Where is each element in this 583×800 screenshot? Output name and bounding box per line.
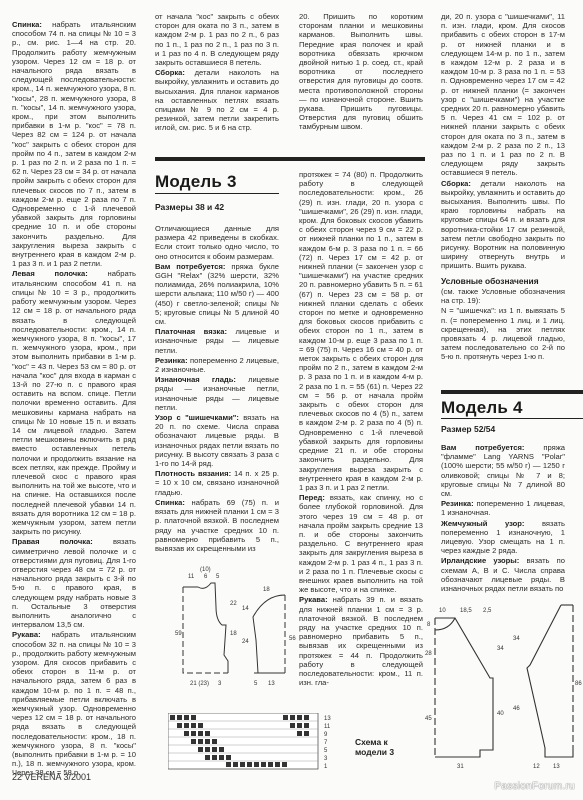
paragraph-left-front: Левая полочка: набрать итальянским спосо…: [12, 269, 136, 536]
svg-text:28: 28: [425, 651, 432, 657]
title-underline: [441, 418, 583, 419]
paragraph: ди, 20 п. узора с "шишечками", 11 п. изн…: [441, 12, 565, 178]
svg-text:34: 34: [497, 646, 504, 652]
model-3-sizes: Размеры 38 и 42: [155, 202, 224, 212]
paragraph: Спинка: набрать 69 (75) п. и вязать для …: [155, 498, 279, 553]
column-3-bottom: протяжек = 74 (80) п. Продолжить работу …: [299, 170, 423, 688]
svg-text:8: 8: [427, 622, 431, 628]
svg-text:45: 45: [425, 716, 432, 722]
model-3-schematic: (10) 11 6 5 59 22 18 21 (23) 3 18 14 24 …: [150, 565, 300, 700]
column-3-top: 20. Пришить по коротким сторонам планки …: [299, 12, 423, 133]
paragraph-front: Перед: вязать, как спинку, но с более гл…: [299, 493, 423, 594]
svg-text:1: 1: [324, 764, 328, 770]
section-divider: [441, 390, 583, 394]
svg-text:3: 3: [324, 756, 328, 762]
svg-text:7: 7: [324, 740, 328, 746]
schema-caption: Схема к модели 3: [355, 737, 415, 757]
legend-item: N = "шишечка": из 1 п. вывязать 5 п. (= …: [441, 306, 565, 361]
bobble-pattern-chart: 13 11 9 7 5 3 1: [168, 713, 358, 773]
column-1: Спинка: набрать итальянским способом 74 …: [12, 20, 136, 779]
paragraph: 20. Пришить по коротким сторонам планки …: [299, 12, 423, 132]
paragraph: протяжек = 74 (80) п. Продолжить работу …: [299, 170, 423, 492]
column-4-top: ди, 20 п. узора с "шишечками", 11 п. изн…: [441, 12, 565, 363]
paragraph: Вам потребуется: пряжа букле GGH "Relax"…: [155, 262, 279, 326]
paragraph: Резинка: попеременно 2 лицевые, 2 изнано…: [155, 356, 279, 374]
svg-text:59: 59: [175, 631, 182, 637]
svg-text:22: 22: [230, 601, 237, 607]
svg-text:6: 6: [204, 574, 208, 580]
svg-text:56: 56: [289, 636, 296, 642]
svg-text:2,5: 2,5: [483, 608, 492, 614]
svg-text:46: 46: [513, 706, 520, 712]
paragraph-right-front: Правая полочка: вязать симметрично левой…: [12, 537, 136, 629]
model-4-column: Вам потребуется: пряжа "фламме" Lang YAR…: [441, 443, 565, 594]
paragraph: Узор с "шишечками": вязать на 20 п. по с…: [155, 413, 279, 468]
paragraph: Жемчужный узор: вязать попеременно 1 изн…: [441, 519, 565, 556]
column-2-top: от начала "кос" закрыть с обеих сторон д…: [155, 12, 279, 134]
paragraph: Плотность вязания: 14 п. х 25 р. = 10 х …: [155, 469, 279, 497]
model-3-title: Модель 3: [155, 172, 237, 192]
svg-text:31: 31: [457, 764, 464, 770]
model-4-title: Модель 4: [441, 398, 523, 418]
legend-title: Условные обозначения: [441, 277, 565, 286]
svg-text:11: 11: [324, 724, 331, 730]
svg-text:11: 11: [188, 574, 195, 580]
page-folio: 22 VERENA 3/2001: [12, 772, 91, 782]
model-4-schematic: 10 18,5 2,5 8 28 45 34 40 31 34 46 86 12…: [425, 600, 583, 775]
svg-text:(10): (10): [200, 567, 211, 573]
svg-text:86: 86: [575, 681, 582, 687]
paragraph: Платочная вязка: лицевые и изнаночные ря…: [155, 327, 279, 355]
svg-text:3: 3: [218, 681, 222, 687]
paragraph-sleeves: Рукава: набрать 39 п. и вязать для нижне…: [299, 595, 423, 687]
section-divider: [155, 157, 425, 161]
svg-text:5: 5: [254, 681, 258, 687]
svg-text:13: 13: [324, 716, 331, 722]
model-3-column: Отличающиеся данные для размера 42 приве…: [155, 224, 279, 554]
svg-text:9: 9: [324, 732, 328, 738]
svg-text:5: 5: [216, 574, 220, 580]
model-4-size: Размер 52/54: [441, 424, 495, 434]
svg-text:14: 14: [242, 606, 249, 612]
svg-text:5: 5: [324, 748, 328, 754]
watermark: PassionForum.ru: [494, 781, 575, 792]
svg-text:12: 12: [533, 764, 540, 770]
paragraph-sleeves: Рукава: набрать итальянским способом 32 …: [12, 630, 136, 777]
svg-text:13: 13: [268, 681, 275, 687]
paragraph: Резинка: попеременно 1 лицевая, 1 изнано…: [441, 499, 565, 517]
svg-text:13: 13: [553, 764, 560, 770]
svg-text:21 (23): 21 (23): [190, 681, 209, 687]
svg-text:18,5: 18,5: [460, 608, 472, 614]
paragraph: Изнаночная гладь: лицевые ряды — изнаноч…: [155, 375, 279, 412]
svg-text:18: 18: [263, 587, 270, 593]
svg-text:10: 10: [439, 608, 446, 614]
title-underline: [155, 193, 279, 194]
paragraph-assembly: Сборка: детали наколоть на выкройку, увл…: [441, 179, 565, 271]
paragraph-continuation: от начала "кос" закрыть с обеих сторон д…: [155, 12, 279, 67]
paragraph-back: Спинка: набрать итальянским способом 74 …: [12, 20, 136, 268]
paragraph-assembly: Сборка: детали наколоть на выкройку, увл…: [155, 68, 279, 132]
paragraph: Отличающиеся данные для размера 42 приве…: [155, 224, 279, 261]
paragraph: Вам потребуется: пряжа "фламме" Lang YAR…: [441, 443, 565, 498]
svg-text:40: 40: [497, 711, 504, 717]
svg-text:34: 34: [513, 636, 520, 642]
svg-text:18: 18: [230, 631, 237, 637]
svg-text:24: 24: [242, 639, 249, 645]
paragraph: Ирландские узоры: вязать по схемам А, В …: [441, 556, 565, 593]
legend-text: (см. также Условные обозначения на стр. …: [441, 287, 565, 305]
